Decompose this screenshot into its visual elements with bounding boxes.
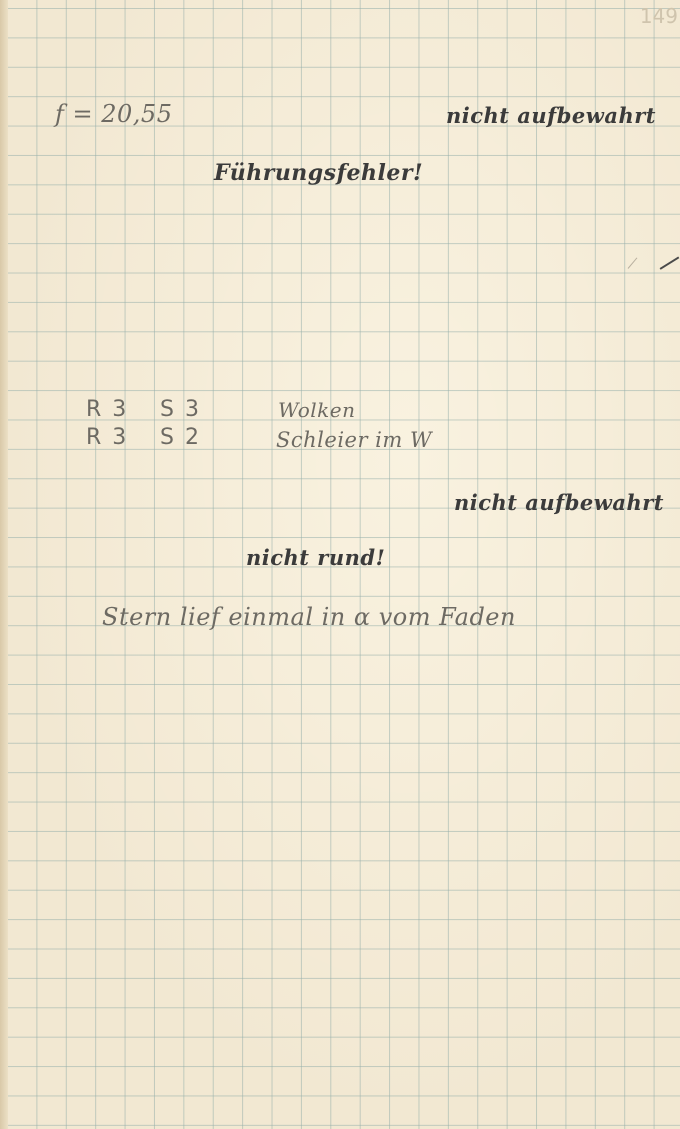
entry-plate: R 3 [86, 425, 128, 450]
page-binding-edge [0, 0, 8, 1129]
entry-shot: S 2 [160, 425, 201, 450]
entry-shot: S 3 [160, 397, 201, 422]
guiding-error-note: Führungsfehler! [214, 160, 423, 186]
second-remark-not-kept: nicht aufbewahrt [454, 490, 664, 515]
notebook-page: 149 f = 20,55 nicht aufbewahrt Führungsf… [0, 0, 680, 1129]
entry-remark: Wolken [278, 398, 355, 422]
entry-remark: Schleier im W [276, 428, 432, 452]
ink-stroke-edge [660, 256, 679, 269]
header-remark-not-kept: nicht aufbewahrt [446, 103, 656, 128]
page-number: 149 [640, 4, 678, 28]
not-round-note: nicht rund! [246, 545, 385, 570]
focal-length-note: f = 20,55 [55, 100, 172, 128]
star-drift-note: Stern lief einmal in α vom Faden [102, 603, 516, 631]
faint-pencil-stroke [628, 257, 638, 268]
entry-plate: R 3 [86, 397, 128, 422]
